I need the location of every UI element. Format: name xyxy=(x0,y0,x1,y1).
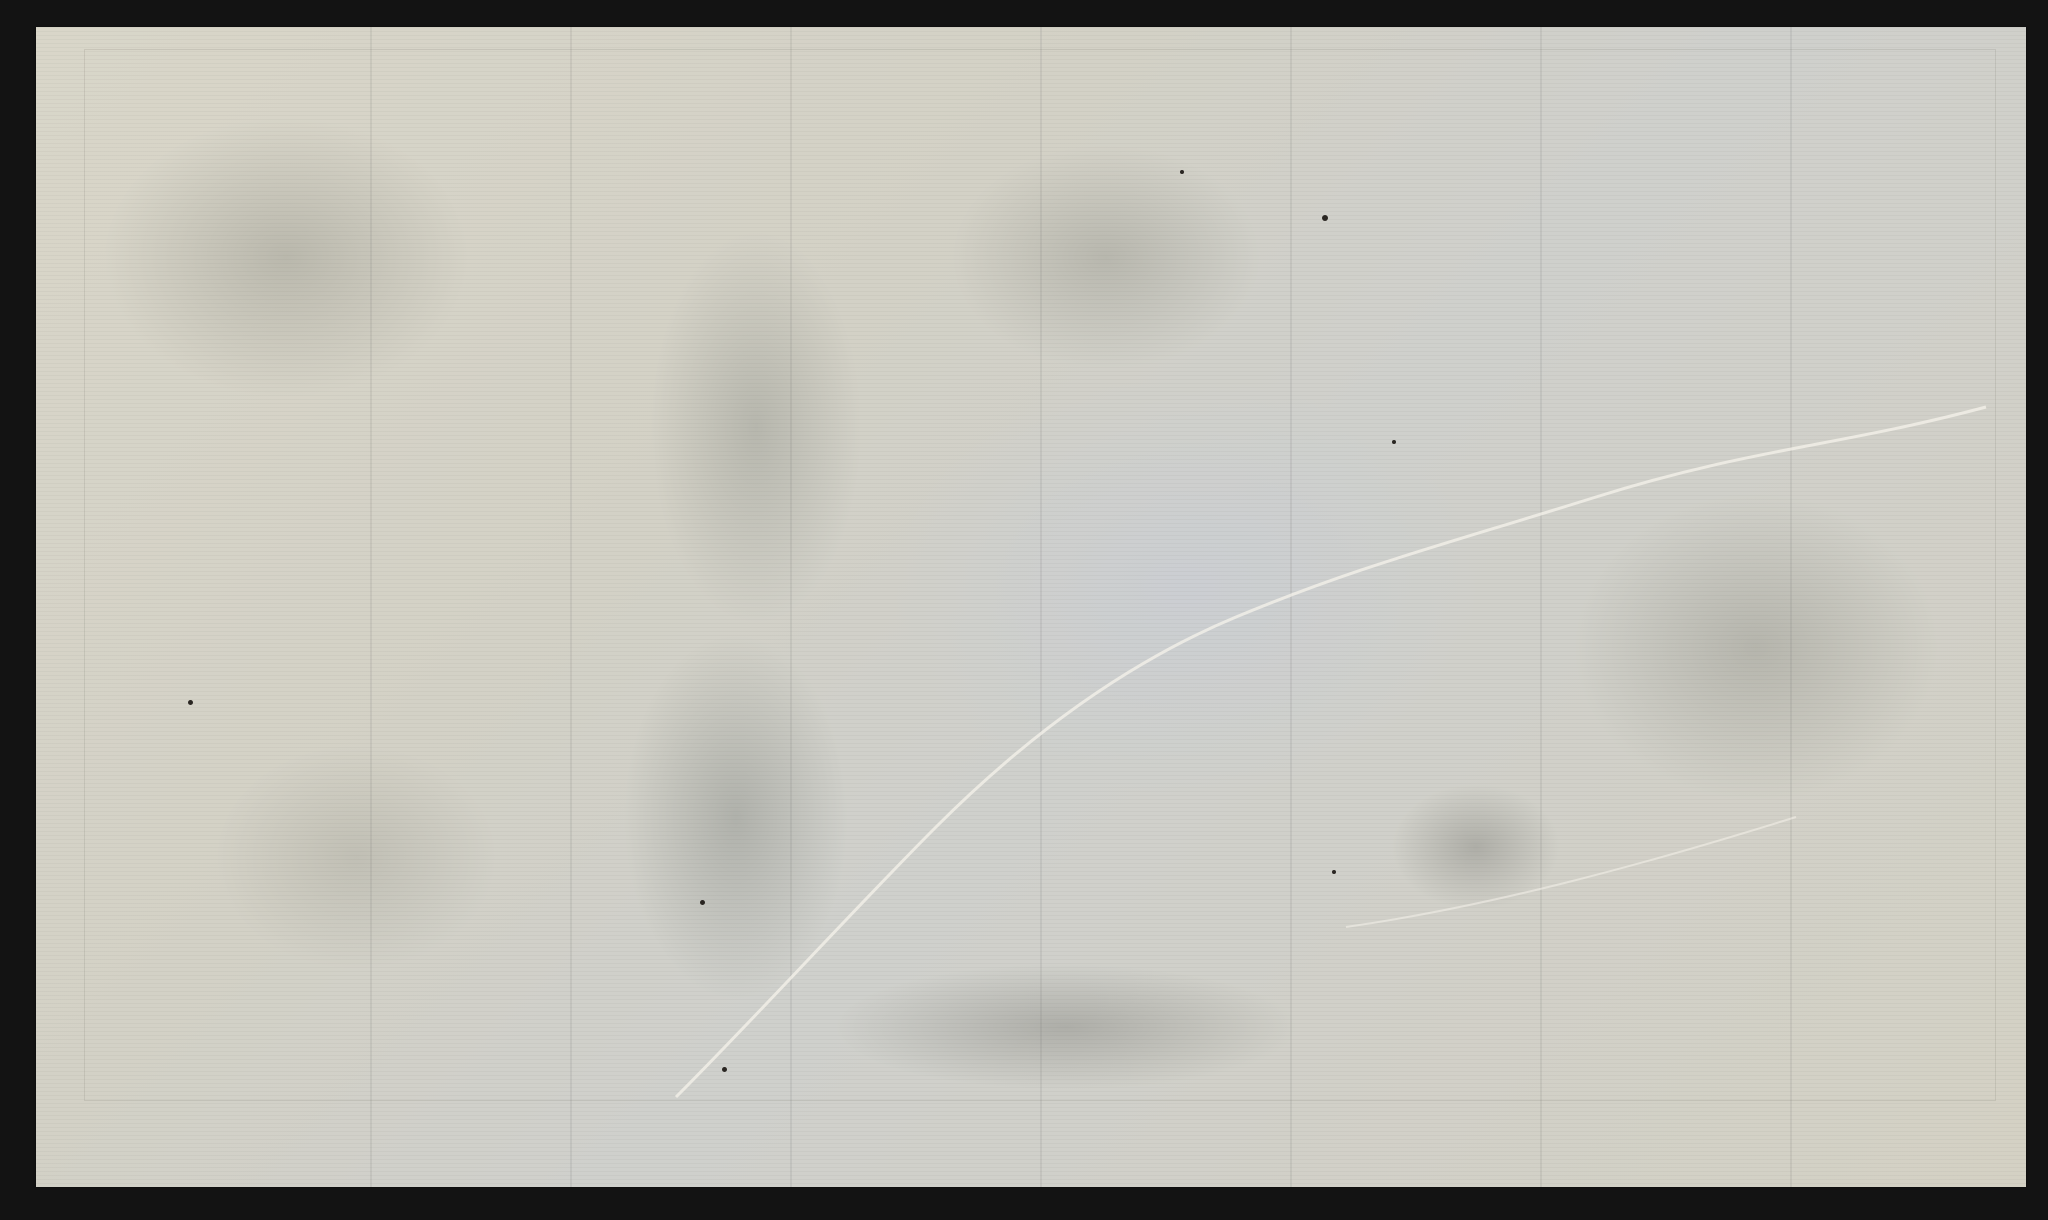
photo-stage: Verso of an antique engraving on laid pa… xyxy=(0,0,2048,1220)
chain-line xyxy=(1290,27,1292,1187)
ink-speck xyxy=(188,700,193,705)
paper-fiber-crack xyxy=(36,27,2026,1187)
scene-description: Verso of an antique engraving on laid pa… xyxy=(0,0,1,1)
laid-line-texture xyxy=(36,27,2026,1187)
ink-speck xyxy=(1332,870,1336,874)
chain-line xyxy=(1040,27,1042,1187)
chain-line xyxy=(1790,27,1792,1187)
ink-speck xyxy=(1322,215,1328,221)
ink-speck xyxy=(1180,170,1184,174)
chain-line xyxy=(370,27,372,1187)
ink-speck xyxy=(1392,440,1396,444)
ink-speck xyxy=(722,1067,727,1072)
chain-line xyxy=(570,27,572,1187)
chain-line xyxy=(1540,27,1542,1187)
paper-sheet xyxy=(36,27,2026,1187)
ink-speck xyxy=(700,900,705,905)
chain-line xyxy=(790,27,792,1187)
